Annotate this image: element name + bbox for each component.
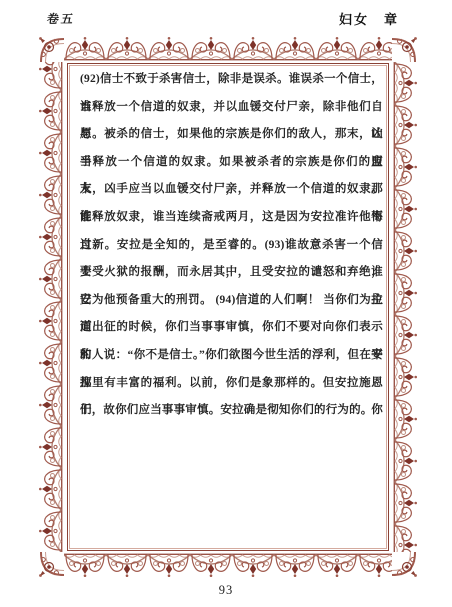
border-corner-bottom-left — [38, 552, 64, 578]
border-bottom-band — [64, 552, 392, 578]
border-right-band — [392, 62, 418, 552]
border-corner-top-left — [38, 36, 64, 62]
text-line: 的人说：“你不是信士。”你们欲图今世生活的浮利，但在安拉 — [80, 342, 383, 370]
border-corner-top-right — [392, 36, 418, 62]
text-line: 自新。安拉是全知的，是至睿的。(93)谁故意杀害一个信士，谁 — [80, 232, 383, 260]
text-line: 那里有丰富的福利。以前，你们是象那样的。但安拉施恩于你 — [80, 370, 383, 398]
text-line: 末，凶手应当以血锾交付尸亲，并释放一个信道的奴隶。谁不 — [80, 176, 383, 204]
text-line: 们，故你们应当事事审慎。安拉确是彻知你们的行为的。 — [80, 397, 383, 425]
scripture-text: (92)信士不致于杀害信士，除非是误杀。谁误杀一个信士，谁 当释放一个信道的奴隶… — [80, 66, 383, 425]
chapter-title: 妇女 章 — [339, 9, 399, 28]
text-line: 已为他预备重大的刑罚。 (94)信道的人们啊！ 当你们为主道 — [80, 287, 383, 315]
text-line: 与。被杀的信士，如果他的宗族是你们的敌人，那末，凶手应 — [80, 121, 383, 149]
text-line: 要受火狱的报酬，而永居其中，且受安拉的谴怒和弃绝，安拉 — [80, 259, 383, 287]
book-page: 卷五 妇女 章 (92)信士不致于杀害信士， — [0, 0, 452, 607]
text-line: 当释放一个信道的奴隶，并以血锾交付尸亲，除非他们自愿让 — [80, 94, 383, 122]
text-line: (92)信士不致于杀害信士，除非是误杀。谁误杀一个信士，谁 — [80, 66, 383, 94]
border-corner-bottom-right — [392, 552, 418, 578]
page-number: 93 — [0, 583, 452, 598]
border-top-band — [64, 36, 392, 62]
border-pattern — [392, 62, 418, 552]
text-line: 而出征的时候，你们当事事审慎，你们不要对向你们表示和平 — [80, 314, 383, 342]
border-pattern — [38, 62, 64, 552]
border-pattern — [64, 552, 392, 578]
border-pattern — [64, 36, 392, 62]
volume-label: 卷五 — [46, 10, 76, 27]
text-line: 能释放奴隶，谁当连续斋戒两月，这是因为安拉准许他悔过 — [80, 204, 383, 232]
text-line: 当释放一个信道的奴隶。如果被杀者的宗族是你们的盟友，那 — [80, 149, 383, 177]
border-left-band — [38, 62, 64, 552]
